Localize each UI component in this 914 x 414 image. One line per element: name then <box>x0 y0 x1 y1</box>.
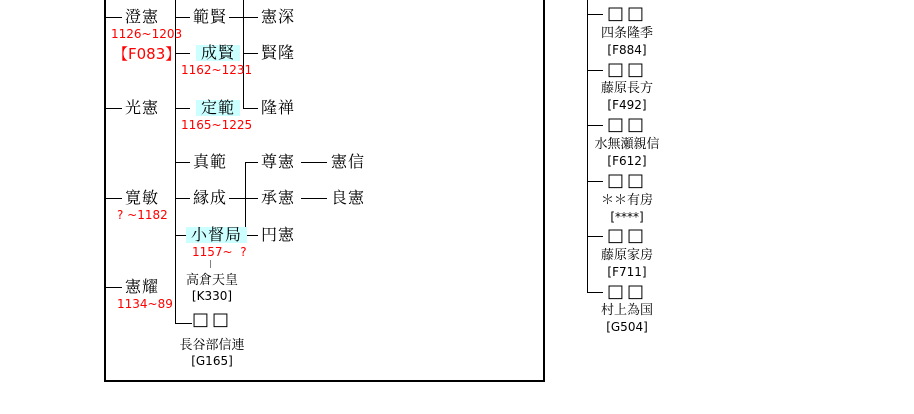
person-code: [F492] <box>575 99 679 112</box>
person-name: 承憲 <box>261 190 295 206</box>
unknown-name-boxes: □□ <box>575 117 679 133</box>
frame-left-border <box>104 0 106 382</box>
person-name: 範賢 <box>193 9 227 25</box>
tree-tick <box>175 108 190 109</box>
person-name: 憲深 <box>261 9 295 25</box>
person-name: 賢隆 <box>261 45 295 61</box>
genealogy-chart: 澄憲 1126~1203 【F083】 光憲 寛敏 ? ~1182 憲耀 113… <box>0 0 914 414</box>
unknown-name-boxes: □□ <box>167 312 257 328</box>
frame-bottom-border <box>104 380 545 382</box>
person-name: 四条隆季 <box>575 27 679 41</box>
tree-tick <box>175 198 190 199</box>
unknown-name-boxes: □□ <box>575 62 679 78</box>
person-name: 澄憲 <box>125 9 159 25</box>
person-dates: ? ~1182 <box>117 209 168 221</box>
person-name: 水無瀬親信 <box>575 138 679 152</box>
tree-line-branch-g3b <box>245 162 246 236</box>
person-name: 隆禅 <box>261 100 295 116</box>
spouse-name: 高倉天皇 <box>167 274 257 288</box>
person-name-highlighted: 定範 <box>196 100 240 116</box>
person-name: 尊憲 <box>261 154 295 170</box>
person-dates: 1162~1231 <box>181 64 252 76</box>
person-code: [F711] <box>575 266 679 279</box>
tree-tick <box>175 235 186 236</box>
person-name-highlighted: 小督局 <box>186 227 247 243</box>
person-name: 寛敏 <box>125 190 159 206</box>
unknown-name-boxes: □□ <box>575 173 679 189</box>
person-code: [G504] <box>575 321 679 334</box>
tree-connector <box>229 17 258 18</box>
person-name: 長谷部信連 <box>167 339 257 353</box>
person-name: 憲信 <box>331 154 365 170</box>
person-dates: 1157~ ? <box>192 246 247 258</box>
tree-connector <box>301 162 327 163</box>
person-name: 藤原家房 <box>575 249 679 263</box>
tree-tick <box>106 198 122 199</box>
unknown-name-boxes: □□ <box>575 228 679 244</box>
person-name: 光憲 <box>125 100 159 116</box>
family-code-label: 【F083】 <box>113 46 180 62</box>
tree-tick <box>175 17 190 18</box>
unknown-name-boxes: □□ <box>575 284 679 300</box>
person-name: 憲耀 <box>125 279 159 295</box>
person-name: 村上為国 <box>575 304 679 318</box>
person-name: 縁成 <box>193 190 227 206</box>
person-code: [G165] <box>167 355 257 368</box>
person-name: 真範 <box>193 154 227 170</box>
tree-tick <box>106 108 122 109</box>
unknown-name-boxes: □□ <box>575 6 679 22</box>
person-dates: 1126~1203 <box>111 28 182 40</box>
tree-connector <box>301 198 327 199</box>
spouse-code: [K330] <box>167 290 257 303</box>
tree-tick <box>106 17 122 18</box>
frame-right-border <box>543 0 545 382</box>
person-name: 良憲 <box>331 190 365 206</box>
person-code: [F884] <box>575 44 679 57</box>
person-name: 円憲 <box>261 227 295 243</box>
person-name: 藤原長方 <box>575 82 679 96</box>
marriage-line <box>210 260 211 268</box>
tree-corner-tick <box>245 162 258 163</box>
person-code: [****] <box>575 211 679 224</box>
person-name: ＊＊有房 <box>575 194 679 208</box>
person-dates: 1134~89 <box>117 298 173 310</box>
tree-tick <box>106 287 122 288</box>
tree-tick <box>175 162 190 163</box>
person-code: [F612] <box>575 155 679 168</box>
tree-corner-tick <box>243 108 258 109</box>
person-dates: 1165~1225 <box>181 119 252 131</box>
tree-connector <box>229 198 258 199</box>
person-name-highlighted: 成賢 <box>196 45 240 61</box>
tree-tick <box>243 53 258 54</box>
